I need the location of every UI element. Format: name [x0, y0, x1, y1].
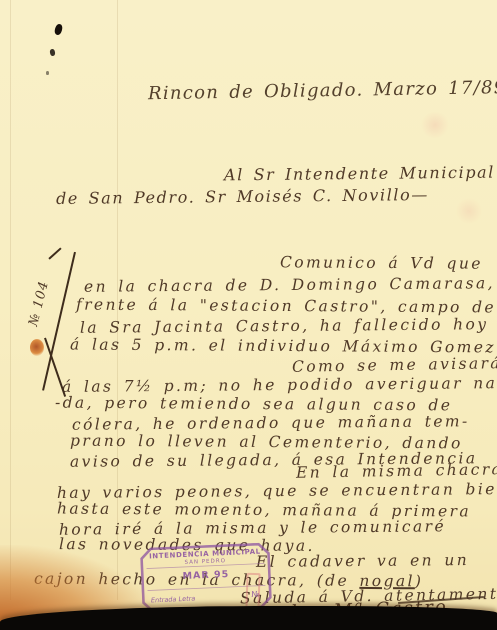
scanned-letter-page: { "letter": { "dateline": "Rincon de Obl… [0, 0, 497, 630]
body-line: la Sra Jacinta Castro, ha fallecido hoy [80, 317, 489, 336]
body-line: El cadaver va en un [256, 553, 469, 570]
body-line: En la misma chacra [296, 462, 497, 481]
body-line: hay varios peones, que se encuentran bie… [57, 482, 497, 501]
partial-pink-stamp-mark [245, 573, 260, 610]
body-line: á las 5 p.m. el individuo Máximo Gomez. [70, 337, 497, 356]
margin-flourish-stroke [42, 252, 75, 391]
salutation-line-2: de San Pedro. Sr Moisés C. Novillo— [56, 187, 429, 207]
margin-entry-number: № 104 [26, 279, 52, 328]
body-line: -da, pero temiendo sea algun caso de [55, 396, 452, 414]
salutation-line-1: Al Sr Intendente Municipal [224, 165, 495, 184]
ink-blot [46, 71, 49, 75]
body-line: Como se me avisará [292, 356, 497, 375]
pink-smudge [455, 198, 483, 224]
dateline: Rincon de Obligado. Marzo 17/895. [148, 79, 497, 104]
margin-flourish-stroke [48, 247, 61, 259]
paper-crease [10, 0, 11, 600]
body-line: cólera, he ordenado que mañana tem- [72, 414, 470, 433]
rust-stain [30, 339, 44, 356]
paper-sheet: Rincon de Obligado. Marzo 17/895. Al Sr … [0, 0, 497, 630]
pink-smudge [420, 112, 450, 138]
body-line: en la chacra de D. Domingo Camarasa, [84, 276, 495, 295]
torn-paper-bottom-edge [0, 606, 497, 630]
body-line: Comunico á Vd que [280, 255, 483, 272]
body-line: frente á la "estacion Castro", campo de [76, 298, 496, 316]
ink-blot [54, 23, 64, 36]
body-line: á las 7½ p.m; no he podido averiguar na- [62, 376, 497, 395]
ink-blot [49, 49, 55, 57]
